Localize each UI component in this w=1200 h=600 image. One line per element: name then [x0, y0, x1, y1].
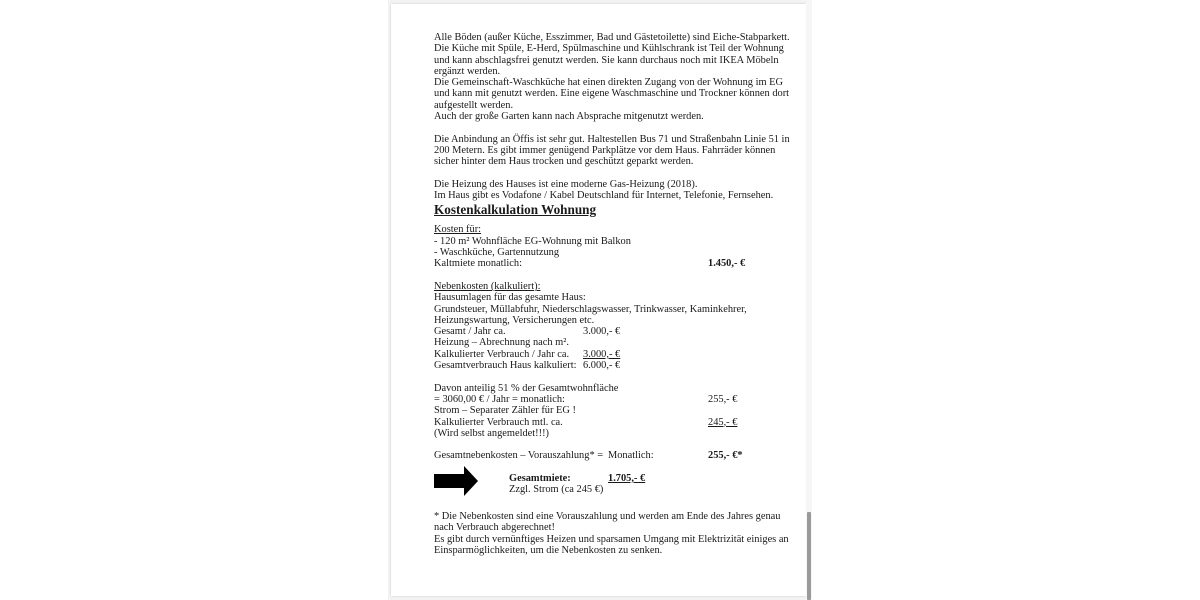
electricity-value: 245,- € [708, 417, 737, 428]
text-line: Davon anteilig 51 % der Gesamtwohnfläche [434, 383, 779, 394]
text-line: * Die Nebenkosten sind eine Vorauszahlun… [434, 511, 779, 522]
house-total-value: 6.000,- € [583, 360, 620, 371]
spacer [434, 439, 779, 450]
text-line: Die Heizung des Hauses ist eine moderne … [434, 179, 779, 190]
monthly-value: 255,- €* [708, 450, 743, 461]
spacer [434, 168, 779, 179]
heating-paragraph: Die Heizung des Hauses ist eine moderne … [434, 179, 779, 202]
monthly-label: Monatlich: [608, 450, 654, 461]
electricity-note: Zzgl. Strom (ca 245 €) [509, 484, 603, 495]
intro-paragraph: Alle Böden (außer Küche, Esszimmer, Bad … [434, 32, 779, 122]
prepayment-label: Gesamtnebenkosten – Vorauszahlung* = [434, 450, 603, 461]
consumption-label: Kalkulierter Verbrauch / Jahr ca. [434, 349, 569, 360]
text-line: Einsparmöglichkeiten, um die Nebenkosten… [434, 545, 779, 556]
document-viewer: Alle Böden (außer Küche, Esszimmer, Bad … [388, 0, 812, 600]
cost-item: - Waschküche, Gartennutzung [434, 247, 779, 258]
vertical-scrollbar[interactable] [806, 0, 812, 600]
total-year-label: Gesamt / Jahr ca. [434, 326, 506, 337]
total-rent-block: Gesamtmiete: 1.705,- € Zzgl. Strom (ca 2… [434, 466, 779, 500]
transport-paragraph: Die Anbindung an Öffis ist sehr gut. Hal… [434, 134, 779, 168]
text-line: 200 Metern. Es gibt immer genügend Parkp… [434, 145, 779, 156]
cold-rent-value: 1.450,- € [708, 258, 745, 269]
total-year-value: 3.000,- € [583, 326, 620, 337]
text-line: Im Haus gibt es Vodafone / Kabel Deutsch… [434, 190, 779, 201]
cost-item: - 120 m² Wohnfläche EG-Wohnung mit Balko… [434, 236, 779, 247]
electricity-label: Kalkulierter Verbrauch mtl. ca. [434, 417, 563, 428]
electricity-row: Kalkulierter Verbrauch mtl. ca. 245,- € [434, 417, 779, 428]
footnote: * Die Nebenkosten sind eine Vorauszahlun… [434, 511, 779, 556]
share-monthly-label: = 3060,00 € / Jahr = monatlich: [434, 394, 565, 405]
total-rent-label: Gesamtmiete: [509, 473, 571, 484]
text-line: und kann mit genutzt werden. Eine eigene… [434, 88, 779, 99]
text-line: Alle Böden (außer Küche, Esszimmer, Bad … [434, 32, 779, 43]
share-section: Davon anteilig 51 % der Gesamtwohnfläche… [434, 383, 779, 439]
costs-for-section: Kosten für: - 120 m² Wohnfläche EG-Wohnu… [434, 224, 779, 269]
cold-rent-row: Kaltmiete monatlich: 1.450,- € [434, 258, 779, 269]
scrollbar-thumb[interactable] [807, 512, 811, 600]
spacer [434, 371, 779, 382]
heating-billing-line: Heizung – Abrechnung nach m². [434, 337, 779, 348]
text-line: Grundsteuer, Müllabfuhr, Niederschlagswa… [434, 304, 779, 315]
spacer [434, 270, 779, 281]
additional-costs-section: Nebenkosten (kalkuliert): Hausumlagen fü… [434, 281, 779, 371]
page-content: Alle Böden (außer Küche, Esszimmer, Bad … [434, 32, 779, 556]
cold-rent-label: Kaltmiete monatlich: [434, 258, 522, 269]
text-line: Die Anbindung an Öffis ist sehr gut. Hal… [434, 134, 779, 145]
text-line: und kann abschlagsfrei genutzt werden. S… [434, 55, 779, 66]
text-line: aufgestellt werden. [434, 100, 779, 111]
text-line: Die Küche mit Spüle, E-Herd, Spülmaschin… [434, 43, 779, 54]
consumption-value: 3.000,- € [583, 349, 620, 360]
share-monthly-value: 255,- € [708, 394, 737, 405]
text-line: Auch der große Garten kann nach Absprach… [434, 111, 779, 122]
document-page: Alle Böden (außer Küche, Esszimmer, Bad … [391, 4, 806, 596]
summary-section: Gesamtnebenkosten – Vorauszahlung* = Mon… [434, 450, 779, 499]
text-line: ergänzt werden. [434, 66, 779, 77]
text-line: Es gibt durch vernünftiges Heizen und sp… [434, 534, 779, 545]
text-line: Hausumlagen für das gesamte Haus: [434, 292, 779, 303]
text-line: (Wird selbst angemeldet!!!) [434, 428, 779, 439]
text-line: sicher hinter dem Haus trocken und gesch… [434, 156, 779, 167]
text-line: Strom – Separater Zähler für EG ! [434, 405, 779, 416]
share-monthly-row: = 3060,00 € / Jahr = monatlich: 255,- € [434, 394, 779, 405]
text-line: Die Gemeinschaft-Waschküche hat einen di… [434, 77, 779, 88]
prepayment-row: Gesamtnebenkosten – Vorauszahlung* = Mon… [434, 450, 779, 461]
cost-heading: Kostenkalkulation Wohnung [434, 202, 779, 218]
text-line: nach Verbrauch abgerechnet! [434, 522, 779, 533]
total-rent-value: 1.705,- € [608, 473, 645, 484]
spacer [434, 122, 779, 133]
spacer [434, 500, 779, 511]
house-total-label: Gesamtverbrauch Haus kalkuliert: [434, 360, 577, 371]
costs-for-label: Kosten für: [434, 224, 779, 235]
total-rent-row: Gesamtmiete: 1.705,- € [434, 473, 779, 484]
additional-costs-label: Nebenkosten (kalkuliert): [434, 281, 779, 292]
consumption-row: Kalkulierter Verbrauch / Jahr ca. 3.000,… [434, 349, 779, 360]
total-year-row: Gesamt / Jahr ca. 3.000,- € [434, 326, 779, 337]
house-total-row: Gesamtverbrauch Haus kalkuliert: 6.000,-… [434, 360, 779, 371]
text-line: Heizungswartung, Versicherungen etc. [434, 315, 779, 326]
